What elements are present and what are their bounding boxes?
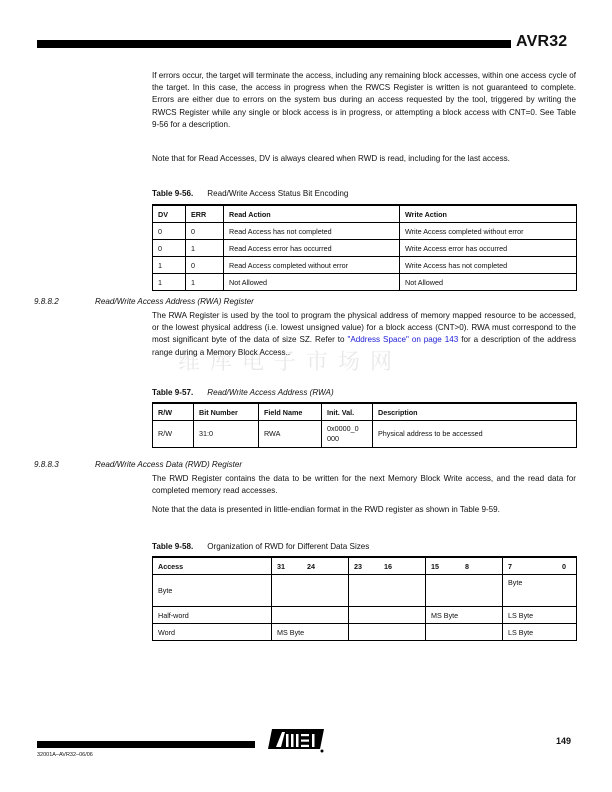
footer-rule — [37, 741, 255, 748]
table-header-row: R/W Bit Number Field Name Init. Val. Des… — [153, 403, 577, 421]
table-58-caption: Table 9-58.Organization of RWD for Diffe… — [152, 542, 369, 551]
cell: 0 — [153, 223, 186, 240]
bit-hi: 15 — [431, 562, 439, 571]
col-bit-number: Bit Number — [194, 403, 259, 421]
cell: 1 — [186, 240, 224, 257]
cell: Read Access has not completed — [224, 223, 400, 240]
cell: Read Access error has occurred — [224, 240, 400, 257]
cell: Write Access has not completed — [400, 257, 577, 274]
cell: Physical address to be accessed — [373, 421, 577, 448]
page-number: 149 — [556, 736, 571, 746]
cell: Half-word — [153, 607, 272, 624]
cell: Read Access completed without error — [224, 257, 400, 274]
cell: LS Byte — [503, 607, 577, 624]
cell — [426, 575, 503, 607]
table-row: Half-wordMS ByteLS Byte — [153, 607, 577, 624]
section-number-rwd: 9.8.8.3 — [34, 460, 59, 469]
table-57-number: Table 9-57. — [152, 388, 193, 397]
table-56: DV ERR Read Action Write Action 00Read A… — [152, 204, 577, 291]
cell — [349, 575, 426, 607]
cell: 1 — [186, 274, 224, 291]
col-rw: R/W — [153, 403, 194, 421]
cell: 1 — [153, 257, 186, 274]
cell — [272, 607, 349, 624]
col-field-name: Field Name — [259, 403, 322, 421]
table-56-title: Read/Write Access Status Bit Encoding — [207, 189, 348, 198]
cell: Byte — [153, 575, 272, 607]
cell: 1 — [153, 274, 186, 291]
cell: RWA — [259, 421, 322, 448]
cell: Byte — [503, 575, 577, 607]
init-val-line-1: 0x0000_0 — [327, 424, 359, 433]
table-56-caption: Table 9-56.Read/Write Access Status Bit … — [152, 189, 348, 198]
atmel-logo-icon — [266, 727, 326, 753]
address-space-link[interactable]: "Address Space" on page 143 — [348, 335, 459, 344]
bit-hi: 31 — [277, 562, 285, 571]
bit-lo: 0 — [562, 562, 566, 571]
table-header-row: Access 3124 2316 158 70 — [153, 557, 577, 575]
col-bits-31-24: 3124 — [272, 557, 349, 575]
cell: 0 — [186, 223, 224, 240]
col-bits-15-8: 158 — [426, 557, 503, 575]
bit-hi: 23 — [354, 562, 362, 571]
cell: Write Access error has occurred — [400, 240, 577, 257]
section-title-rwd: Read/Write Access Data (RWD) Register — [95, 460, 242, 469]
bit-lo: 16 — [384, 562, 392, 571]
table-row: 00Read Access has not completedWrite Acc… — [153, 223, 577, 240]
table-58-title: Organization of RWD for Different Data S… — [207, 542, 369, 551]
table-56-number: Table 9-56. — [152, 189, 193, 198]
table-row: R/W 31:0 RWA 0x0000_0000 Physical addres… — [153, 421, 577, 448]
cell: 31:0 — [194, 421, 259, 448]
section-number-rwa: 9.8.8.2 — [34, 297, 59, 306]
cell — [349, 607, 426, 624]
cell — [349, 624, 426, 641]
col-description: Description — [373, 403, 577, 421]
col-bits-23-16: 2316 — [349, 557, 426, 575]
cell-init-val: 0x0000_0000 — [322, 421, 373, 448]
cell: LS Byte — [503, 624, 577, 641]
rwd-paragraph-1: The RWD Register contains the data to be… — [152, 473, 576, 497]
bit-lo: 8 — [465, 562, 469, 571]
init-val-line-2: 000 — [327, 434, 339, 443]
col-dv: DV — [153, 205, 186, 223]
intro-paragraph-1: If errors occur, the target will termina… — [152, 70, 576, 131]
rwd-paragraph-2: Note that the data is presented in littl… — [152, 504, 576, 516]
table-57-title: Read/Write Access Address (RWA) — [207, 388, 333, 397]
table-row: 01Read Access error has occurredWrite Ac… — [153, 240, 577, 257]
col-access: Access — [153, 557, 272, 575]
cell: Write Access completed without error — [400, 223, 577, 240]
table-header-row: DV ERR Read Action Write Action — [153, 205, 577, 223]
col-read-action: Read Action — [224, 205, 400, 223]
cell — [272, 575, 349, 607]
cell: MS Byte — [272, 624, 349, 641]
cell: 0 — [153, 240, 186, 257]
watermark: 维库电子市场网 — [178, 345, 402, 376]
footer-doc-code: 32001A–AVR32–06/06 — [37, 752, 93, 758]
col-bits-7-0: 70 — [503, 557, 577, 575]
cell — [426, 624, 503, 641]
table-57-caption: Table 9-57.Read/Write Access Address (RW… — [152, 388, 334, 397]
cell: 0 — [186, 257, 224, 274]
header-rule — [37, 40, 511, 48]
table-58: Access 3124 2316 158 70 ByteByte Half-wo… — [152, 556, 577, 641]
bit-hi: 7 — [508, 562, 512, 571]
table-row: 11Not AllowedNot Allowed — [153, 274, 577, 291]
intro-paragraph-2: Note that for Read Accesses, DV is alway… — [152, 153, 576, 165]
bit-lo: 24 — [307, 562, 315, 571]
col-err: ERR — [186, 205, 224, 223]
cell: Not Allowed — [224, 274, 400, 291]
table-row: 10Read Access completed without errorWri… — [153, 257, 577, 274]
cell: MS Byte — [426, 607, 503, 624]
header-title: AVR32 — [516, 33, 567, 51]
cell: Not Allowed — [400, 274, 577, 291]
table-58-number: Table 9-58. — [152, 542, 193, 551]
col-init-val: Init. Val. — [322, 403, 373, 421]
cell: R/W — [153, 421, 194, 448]
section-title-rwa: Read/Write Access Address (RWA) Register — [95, 297, 254, 306]
col-write-action: Write Action — [400, 205, 577, 223]
table-57: R/W Bit Number Field Name Init. Val. Des… — [152, 402, 577, 448]
cell: Word — [153, 624, 272, 641]
table-row: WordMS ByteLS Byte — [153, 624, 577, 641]
table-row: ByteByte — [153, 575, 577, 607]
